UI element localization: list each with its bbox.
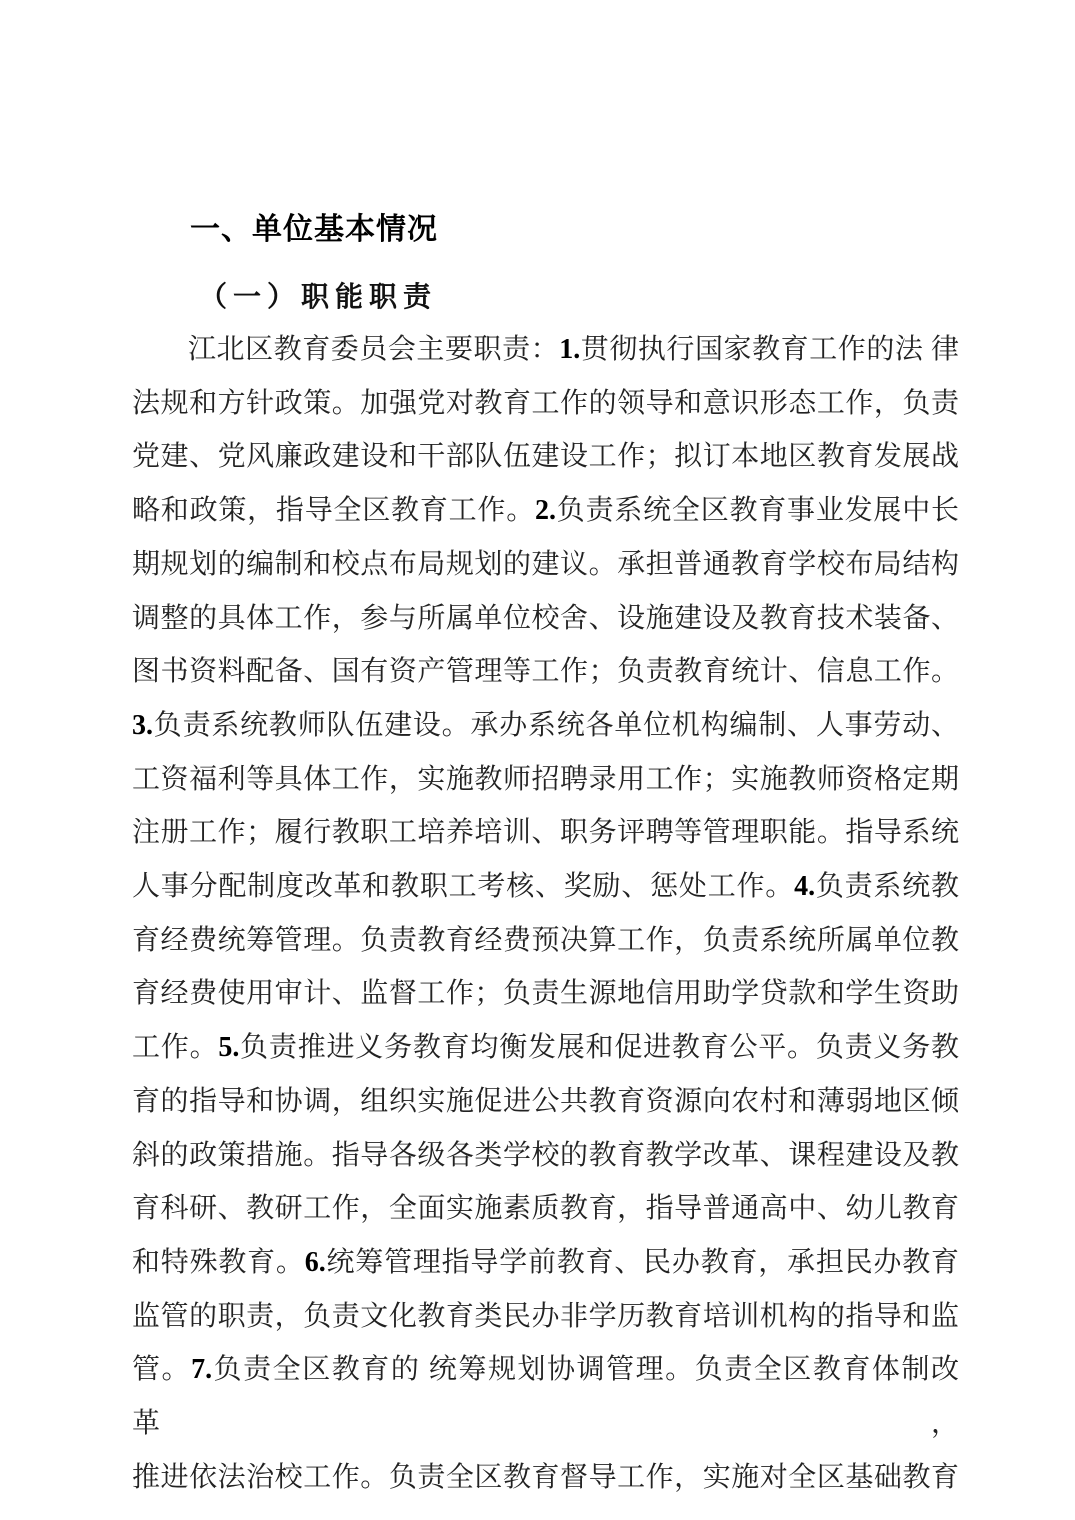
paragraph-line: 人事分配制度改革和教职工考核、奖励、惩处工作。4.负责系统教 xyxy=(132,860,959,914)
paragraph-line: 推进依法治校工作。负责全区教育督导工作，实施对全区基础教育 xyxy=(132,1451,959,1505)
paragraph-line: 和特殊教育。6.统筹管理指导学前教育、民办教育，承担民办教育 xyxy=(132,1236,959,1290)
subsection-heading: （一）职能职责 xyxy=(199,279,1075,316)
paragraph-line: 调整的具体工作，参与所属单位校舍、设施建设及教育技术装备、 xyxy=(132,592,959,646)
paragraph-line: 略和政策，指导全区教育工作。2.负责系统全区教育事业发展中长 xyxy=(132,484,959,538)
paragraph-line: 育科研、教研工作，全面实施素质教育，指导普通高中、幼儿教育 xyxy=(132,1182,959,1236)
paragraph-line: 斜的政策措施。指导各级各类学校的教育教学改革、课程建设及教 xyxy=(132,1129,959,1183)
paragraph-line: 注册工作；履行教职工培养培训、职务评聘等管理职能。指导系统 xyxy=(132,806,959,860)
paragraph-line: 党建、党风廉政建设和干部队伍建设工作；拟订本地区教育发展战 xyxy=(132,430,959,484)
paragraph-line: 图书资料配备、国有资产管理等工作；负责教育统计、信息工作。 xyxy=(132,645,959,699)
paragraph-line: 工资福利等具体工作，实施教师招聘录用工作；实施教师资格定期 xyxy=(132,753,959,807)
paragraph-line: 法规和方针政策。加强党对教育工作的领导和意识形态工作，负责 xyxy=(132,377,959,431)
paragraph-functions-duties: 江北区教育委员会主要职责：1.贯彻执行国家教育工作的法 律 法规和方针政策。加强… xyxy=(132,323,959,1504)
paragraph-line: 管。7.负责全区教育的 统筹规划协调管理。负责全区教育体制改革， xyxy=(132,1343,959,1450)
document-page: 一、单位基本情况 （一）职能职责 江北区教育委员会主要职责：1.贯彻执行国家教育… xyxy=(0,0,1075,1520)
paragraph-line: 育经费使用审计、监督工作；负责生源地信用助学贷款和学生资助 xyxy=(132,967,959,1021)
paragraph-line: 江北区教育委员会主要职责：1.贯彻执行国家教育工作的法 律 xyxy=(132,323,959,377)
paragraph-line: 育的指导和协调，组织实施促进公共教育资源向农村和薄弱地区倾 xyxy=(132,1075,959,1129)
paragraph-line: 期规划的编制和校点布局规划的建议。承担普通教育学校布局结构 xyxy=(132,538,959,592)
paragraph-line: 育经费统筹管理。负责教育经费预决算工作，负责系统所属单位教 xyxy=(132,914,959,968)
paragraph-line: 工作。5.负责推进义务教育均衡发展和促进教育公平。负责义务教 xyxy=(132,1021,959,1075)
paragraph-line: 监管的职责，负责文化教育类民办非学历教育培训机构的指导和监 xyxy=(132,1290,959,1344)
section-heading: 一、单位基本情况 xyxy=(190,211,1075,249)
paragraph-line: 3.负责系统教师队伍建设。承办系统各单位机构编制、人事劳动、 xyxy=(132,699,959,753)
